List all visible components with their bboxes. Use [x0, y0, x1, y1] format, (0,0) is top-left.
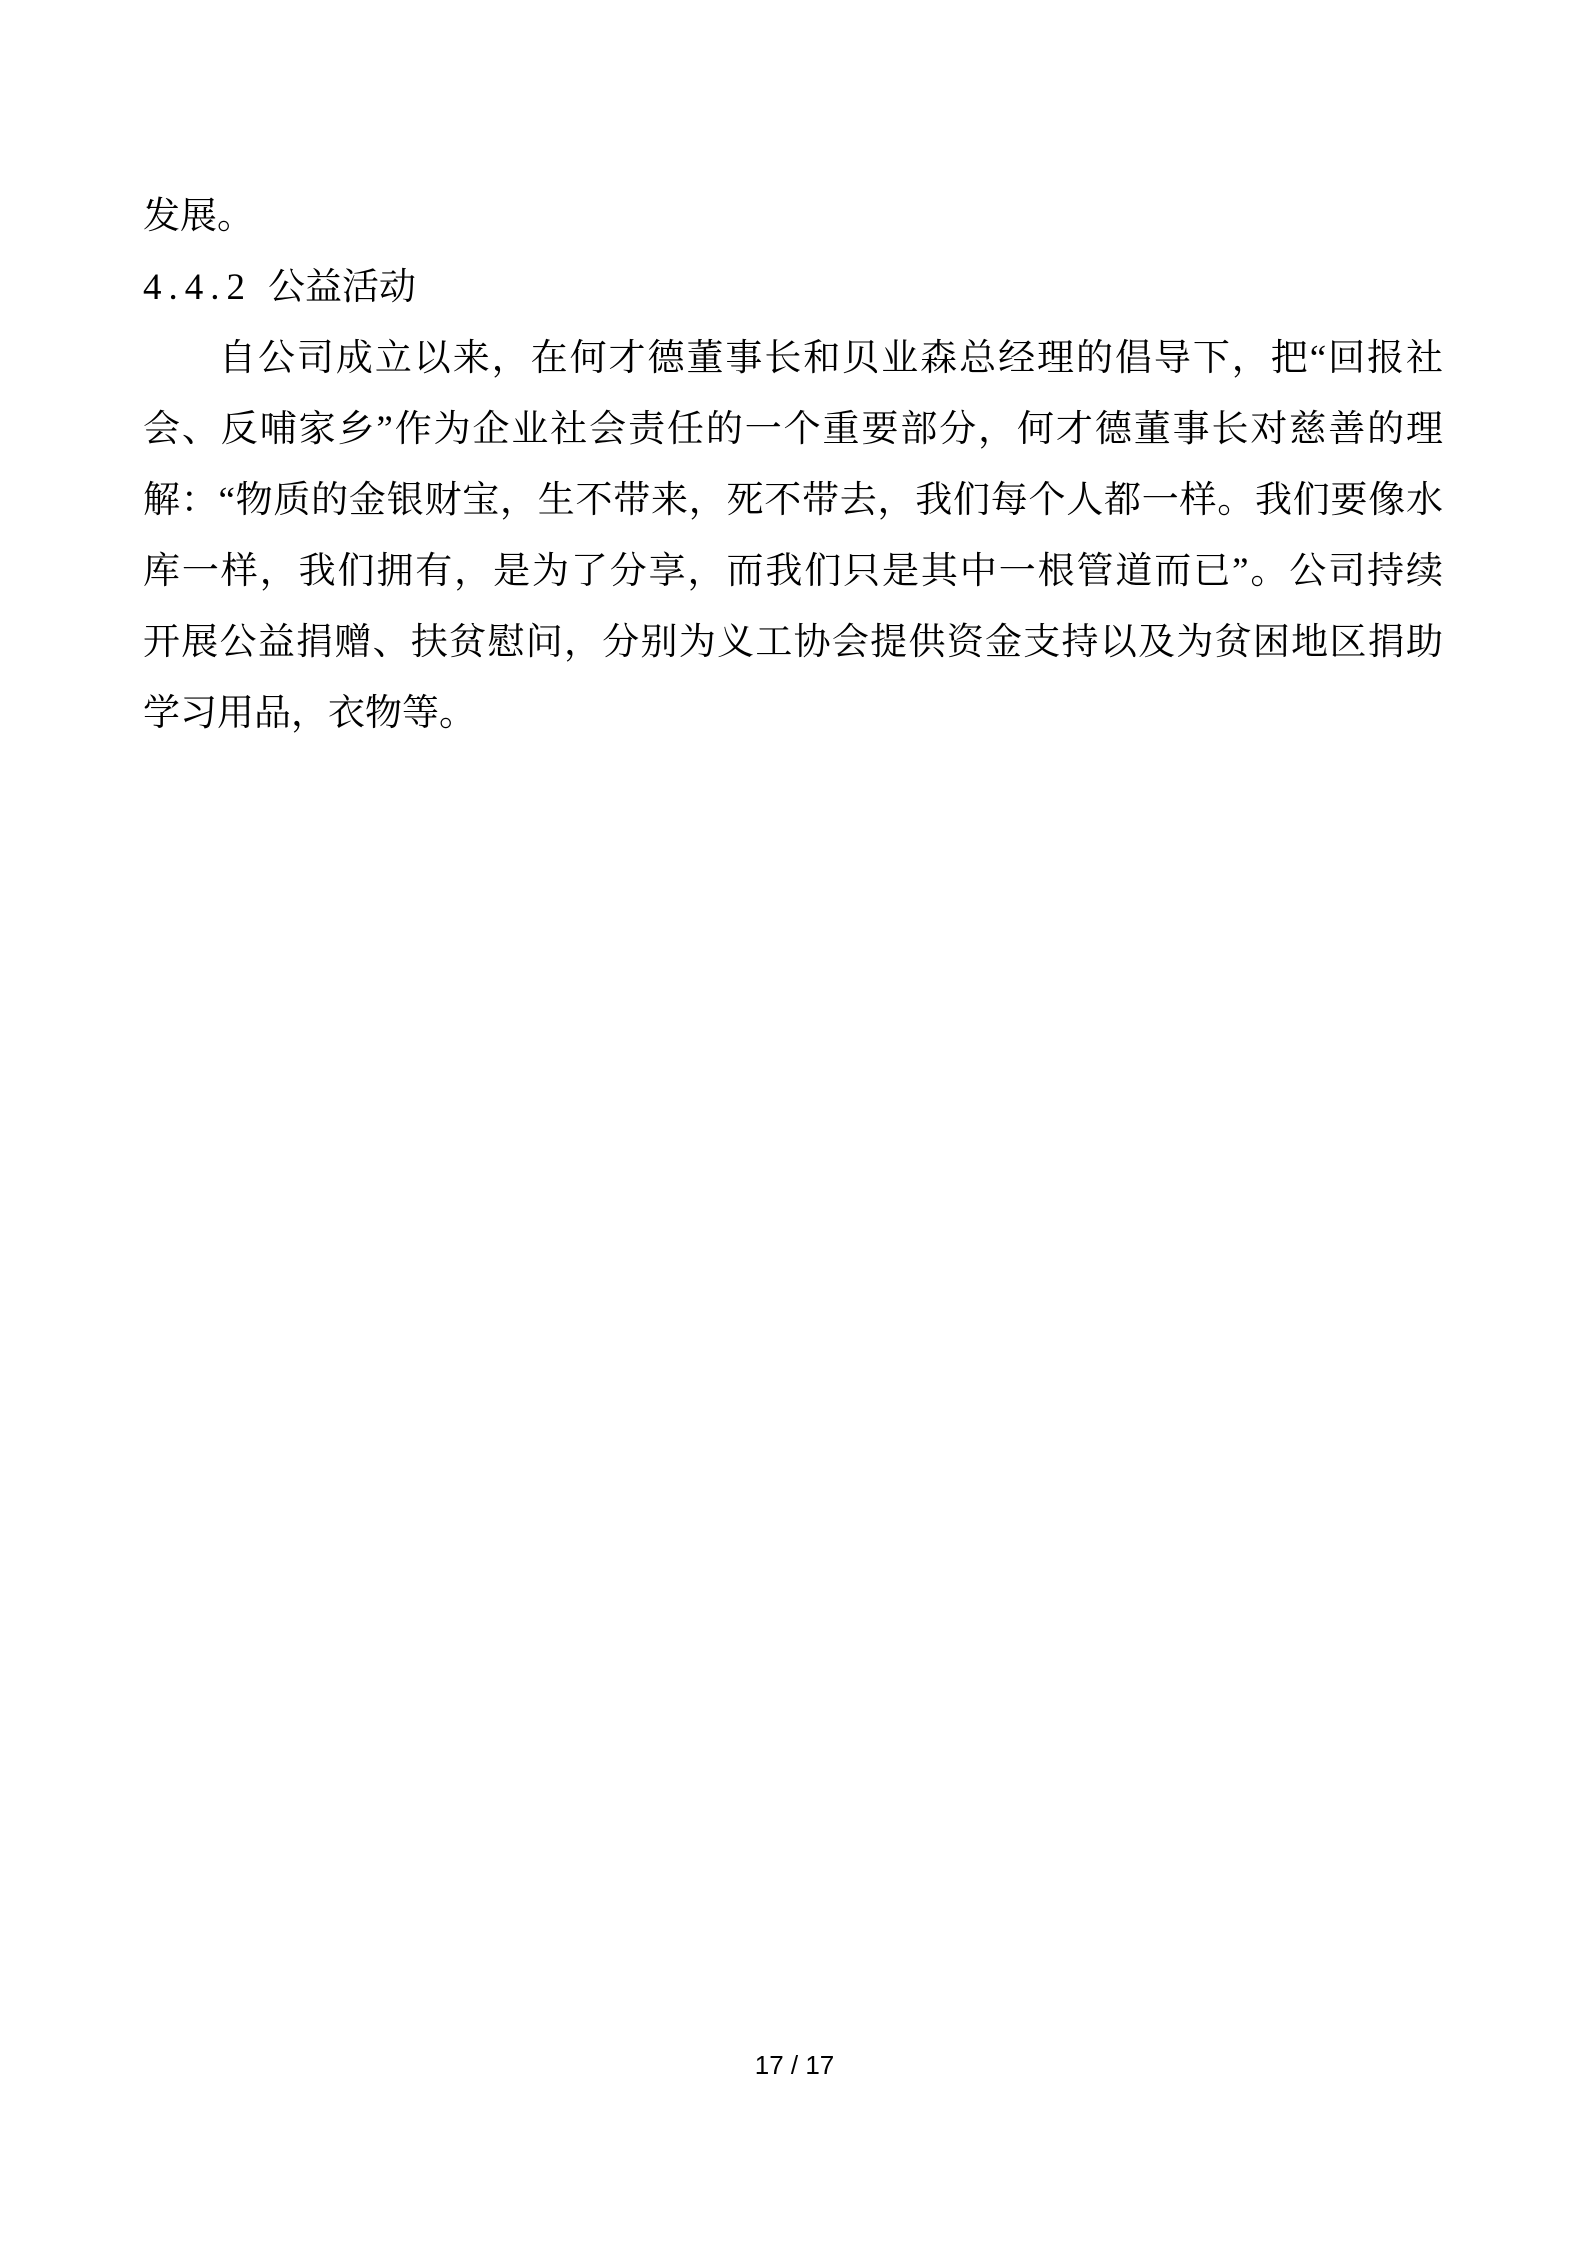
paragraph-line: 学习用品，衣物等。: [143, 678, 1443, 749]
paragraph-line: 自公司成立以来，在何才德董事长和贝业森总经理的倡导下，把“回报社: [143, 323, 1443, 394]
paragraph-line: 解：“物质的金银财宝，生不带来，死不带去，我们每个人都一样。我们要像水: [143, 465, 1443, 536]
page-number: 17 / 17: [0, 2048, 1589, 2082]
section-heading: 4.4.2公益活动: [143, 252, 1443, 323]
paragraph-line: 会、反哺家乡”作为企业社会责任的一个重要部分，何才德董事长对慈善的理: [143, 394, 1443, 465]
paragraph-line: 开展公益捐赠、扶贫慰问，分别为义工协会提供资金支持以及为贫困地区捐助: [143, 607, 1443, 678]
paragraph: 自公司成立以来，在何才德董事长和贝业森总经理的倡导下，把“回报社 会、反哺家乡”…: [143, 323, 1443, 749]
paragraph-line: 库一样，我们拥有，是为了分享，而我们只是其中一根管道而已”。公司持续: [143, 536, 1443, 607]
section-heading-title: 公益活动: [268, 267, 416, 308]
section-heading-number: 4.4.2: [143, 267, 252, 308]
document-page: 发展。 4.4.2公益活动 自公司成立以来，在何才德董事长和贝业森总经理的倡导下…: [0, 0, 1589, 2245]
body-text: 发展。 4.4.2公益活动 自公司成立以来，在何才德董事长和贝业森总经理的倡导下…: [143, 181, 1443, 749]
paragraph-end-line: 发展。: [143, 181, 1443, 252]
